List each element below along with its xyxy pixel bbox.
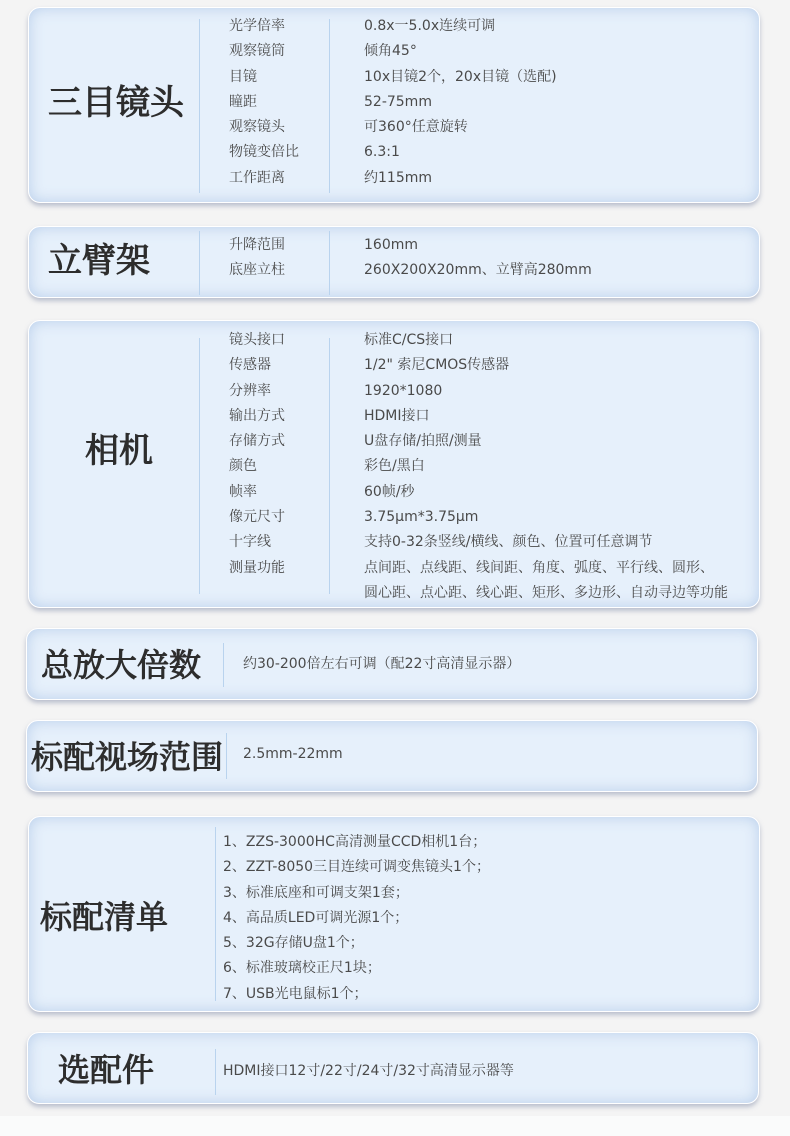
- spec-label: 物镜变倍比: [229, 140, 299, 165]
- camera-spec-card: 相机 镜头接口 传感器 分辨率 输出方式 存储方式 颜色 帧率 像元尺寸 十字线…: [28, 320, 760, 608]
- divider: [226, 733, 227, 779]
- spec-label: 十字线: [229, 530, 285, 555]
- spec-label: 工作距离: [229, 166, 299, 191]
- camera-title: 相机: [29, 321, 209, 573]
- spec-label: 分辨率: [229, 379, 285, 404]
- spec-value: 彩色/黑白: [364, 454, 728, 479]
- total-magnification-card: 总放大倍数 约30-200倍左右可调（配22寸高清显示器）: [26, 628, 758, 700]
- spec-value: 6.3:1: [364, 140, 557, 165]
- page-bottom-strip: [0, 1116, 790, 1136]
- spec-label: 观察镜筒: [229, 39, 299, 64]
- divider: [199, 19, 200, 193]
- spec-label: 观察镜头: [229, 115, 299, 140]
- optional-parts-title: 选配件: [28, 1033, 184, 1103]
- stand-labels: 升降范围 底座立柱: [229, 233, 285, 284]
- list-item: 2、ZZT-8050三目连续可调变焦镜头1个；: [223, 855, 490, 880]
- spec-value: 可360°任意旋转: [364, 115, 557, 140]
- spec-value: 10x目镜2个，20x目镜（选配): [364, 65, 557, 90]
- spec-value: 160mm: [364, 233, 592, 258]
- spec-value: 标准C/CS接口: [364, 328, 728, 353]
- camera-values: 标准C/CS接口 1/2" 索尼CMOS传感器 1920*1080 HDMI接口…: [364, 328, 728, 606]
- spec-label: 瞳距: [229, 90, 299, 115]
- spec-label: 升降范围: [229, 233, 285, 258]
- total-magnification-title: 总放大倍数: [27, 629, 215, 697]
- list-item: 6、标准玻璃校正尺1块；: [223, 956, 490, 981]
- spec-value: 260X200X20mm、立臂高280mm: [364, 258, 592, 283]
- spec-label: 目镜: [229, 65, 299, 90]
- spec-value: 支持0-32条竖线/横线、颜色、位置可任意调节: [364, 530, 728, 555]
- divider: [329, 19, 330, 193]
- spec-value: 52-75mm: [364, 90, 557, 115]
- divider: [329, 231, 330, 295]
- spec-label: 测量功能: [229, 556, 285, 581]
- list-item: 1、ZZS-3000HC高清测量CCD相机1台；: [223, 830, 490, 855]
- trinocular-values: 0.8x一5.0x连续可调 倾角45° 10x目镜2个，20x目镜（选配) 52…: [364, 14, 557, 191]
- divider: [215, 1049, 216, 1095]
- optional-parts-value: HDMI接口12寸/22寸/24寸/32寸高清显示器等: [223, 1060, 514, 1080]
- camera-labels: 镜头接口 传感器 分辨率 输出方式 存储方式 颜色 帧率 像元尺寸 十字线 测量…: [229, 328, 285, 581]
- spec-value: 约115mm: [364, 166, 557, 191]
- spec-value: 点间距、点线距、线间距、角度、弧度、平行线、圆形、: [364, 556, 728, 581]
- trinocular-labels: 光学倍率 观察镜筒 目镜 瞳距 观察镜头 物镜变倍比 工作距离: [229, 14, 299, 191]
- trinocular-spec-card: 三目镜头 光学倍率 观察镜筒 目镜 瞳距 观察镜头 物镜变倍比 工作距离 0.8…: [28, 7, 760, 203]
- spec-label: 存储方式: [229, 429, 285, 454]
- optional-parts-card: 选配件 HDMI接口12寸/22寸/24寸/32寸高清显示器等: [27, 1032, 759, 1104]
- field-of-view-title: 标配视场范围: [27, 721, 227, 789]
- divider: [329, 338, 330, 594]
- standard-list-card: 标配清单 1、ZZS-3000HC高清测量CCD相机1台； 2、ZZT-8050…: [28, 816, 760, 1012]
- stand-values: 160mm 260X200X20mm、立臂高280mm: [364, 233, 592, 284]
- total-magnification-value: 约30-200倍左右可调（配22寸高清显示器）: [243, 653, 520, 673]
- divider: [199, 231, 200, 295]
- standard-list-items: 1、ZZS-3000HC高清测量CCD相机1台； 2、ZZT-8050三目连续可…: [223, 830, 490, 1007]
- spec-label: 镜头接口: [229, 328, 285, 353]
- spec-label: 输出方式: [229, 404, 285, 429]
- spec-label: 光学倍率: [229, 14, 299, 39]
- divider: [223, 643, 224, 687]
- spec-value: 圆心距、点心距、线心距、矩形、多边形、自动寻边等功能: [364, 581, 728, 606]
- field-of-view-value: 2.5mm-22mm: [243, 746, 343, 762]
- spec-value: 60帧/秒: [364, 480, 728, 505]
- spec-value: U盘存储/拍照/测量: [364, 429, 728, 454]
- spec-value: HDMI接口: [364, 404, 728, 429]
- spec-label: 传感器: [229, 353, 285, 378]
- spec-value: 0.8x一5.0x连续可调: [364, 14, 557, 39]
- list-item: 3、标准底座和可调支架1套；: [223, 881, 490, 906]
- field-of-view-card: 标配视场范围 2.5mm-22mm: [26, 720, 758, 792]
- spec-label: 帧率: [229, 480, 285, 505]
- divider: [215, 827, 216, 1001]
- spec-label: 像元尺寸: [229, 505, 285, 530]
- spec-label: 颜色: [229, 454, 285, 479]
- spec-value: 1920*1080: [364, 379, 728, 404]
- trinocular-title: 三目镜头: [29, 8, 203, 190]
- spec-value: 1/2" 索尼CMOS传感器: [364, 353, 728, 378]
- list-item: 5、32G存储U盘1个；: [223, 931, 490, 956]
- list-item: 7、USB光电鼠标1个；: [223, 982, 490, 1007]
- spec-value: 倾角45°: [364, 39, 557, 64]
- spec-label: 底座立柱: [229, 258, 285, 283]
- standard-list-title: 标配清单: [29, 817, 179, 1013]
- stand-title: 立臂架: [29, 227, 169, 287]
- stand-spec-card: 立臂架 升降范围 底座立柱 160mm 260X200X20mm、立臂高280m…: [28, 226, 760, 298]
- divider: [199, 338, 200, 594]
- list-item: 4、高品质LED可调光源1个；: [223, 906, 490, 931]
- spec-value: 3.75μm*3.75μm: [364, 505, 728, 530]
